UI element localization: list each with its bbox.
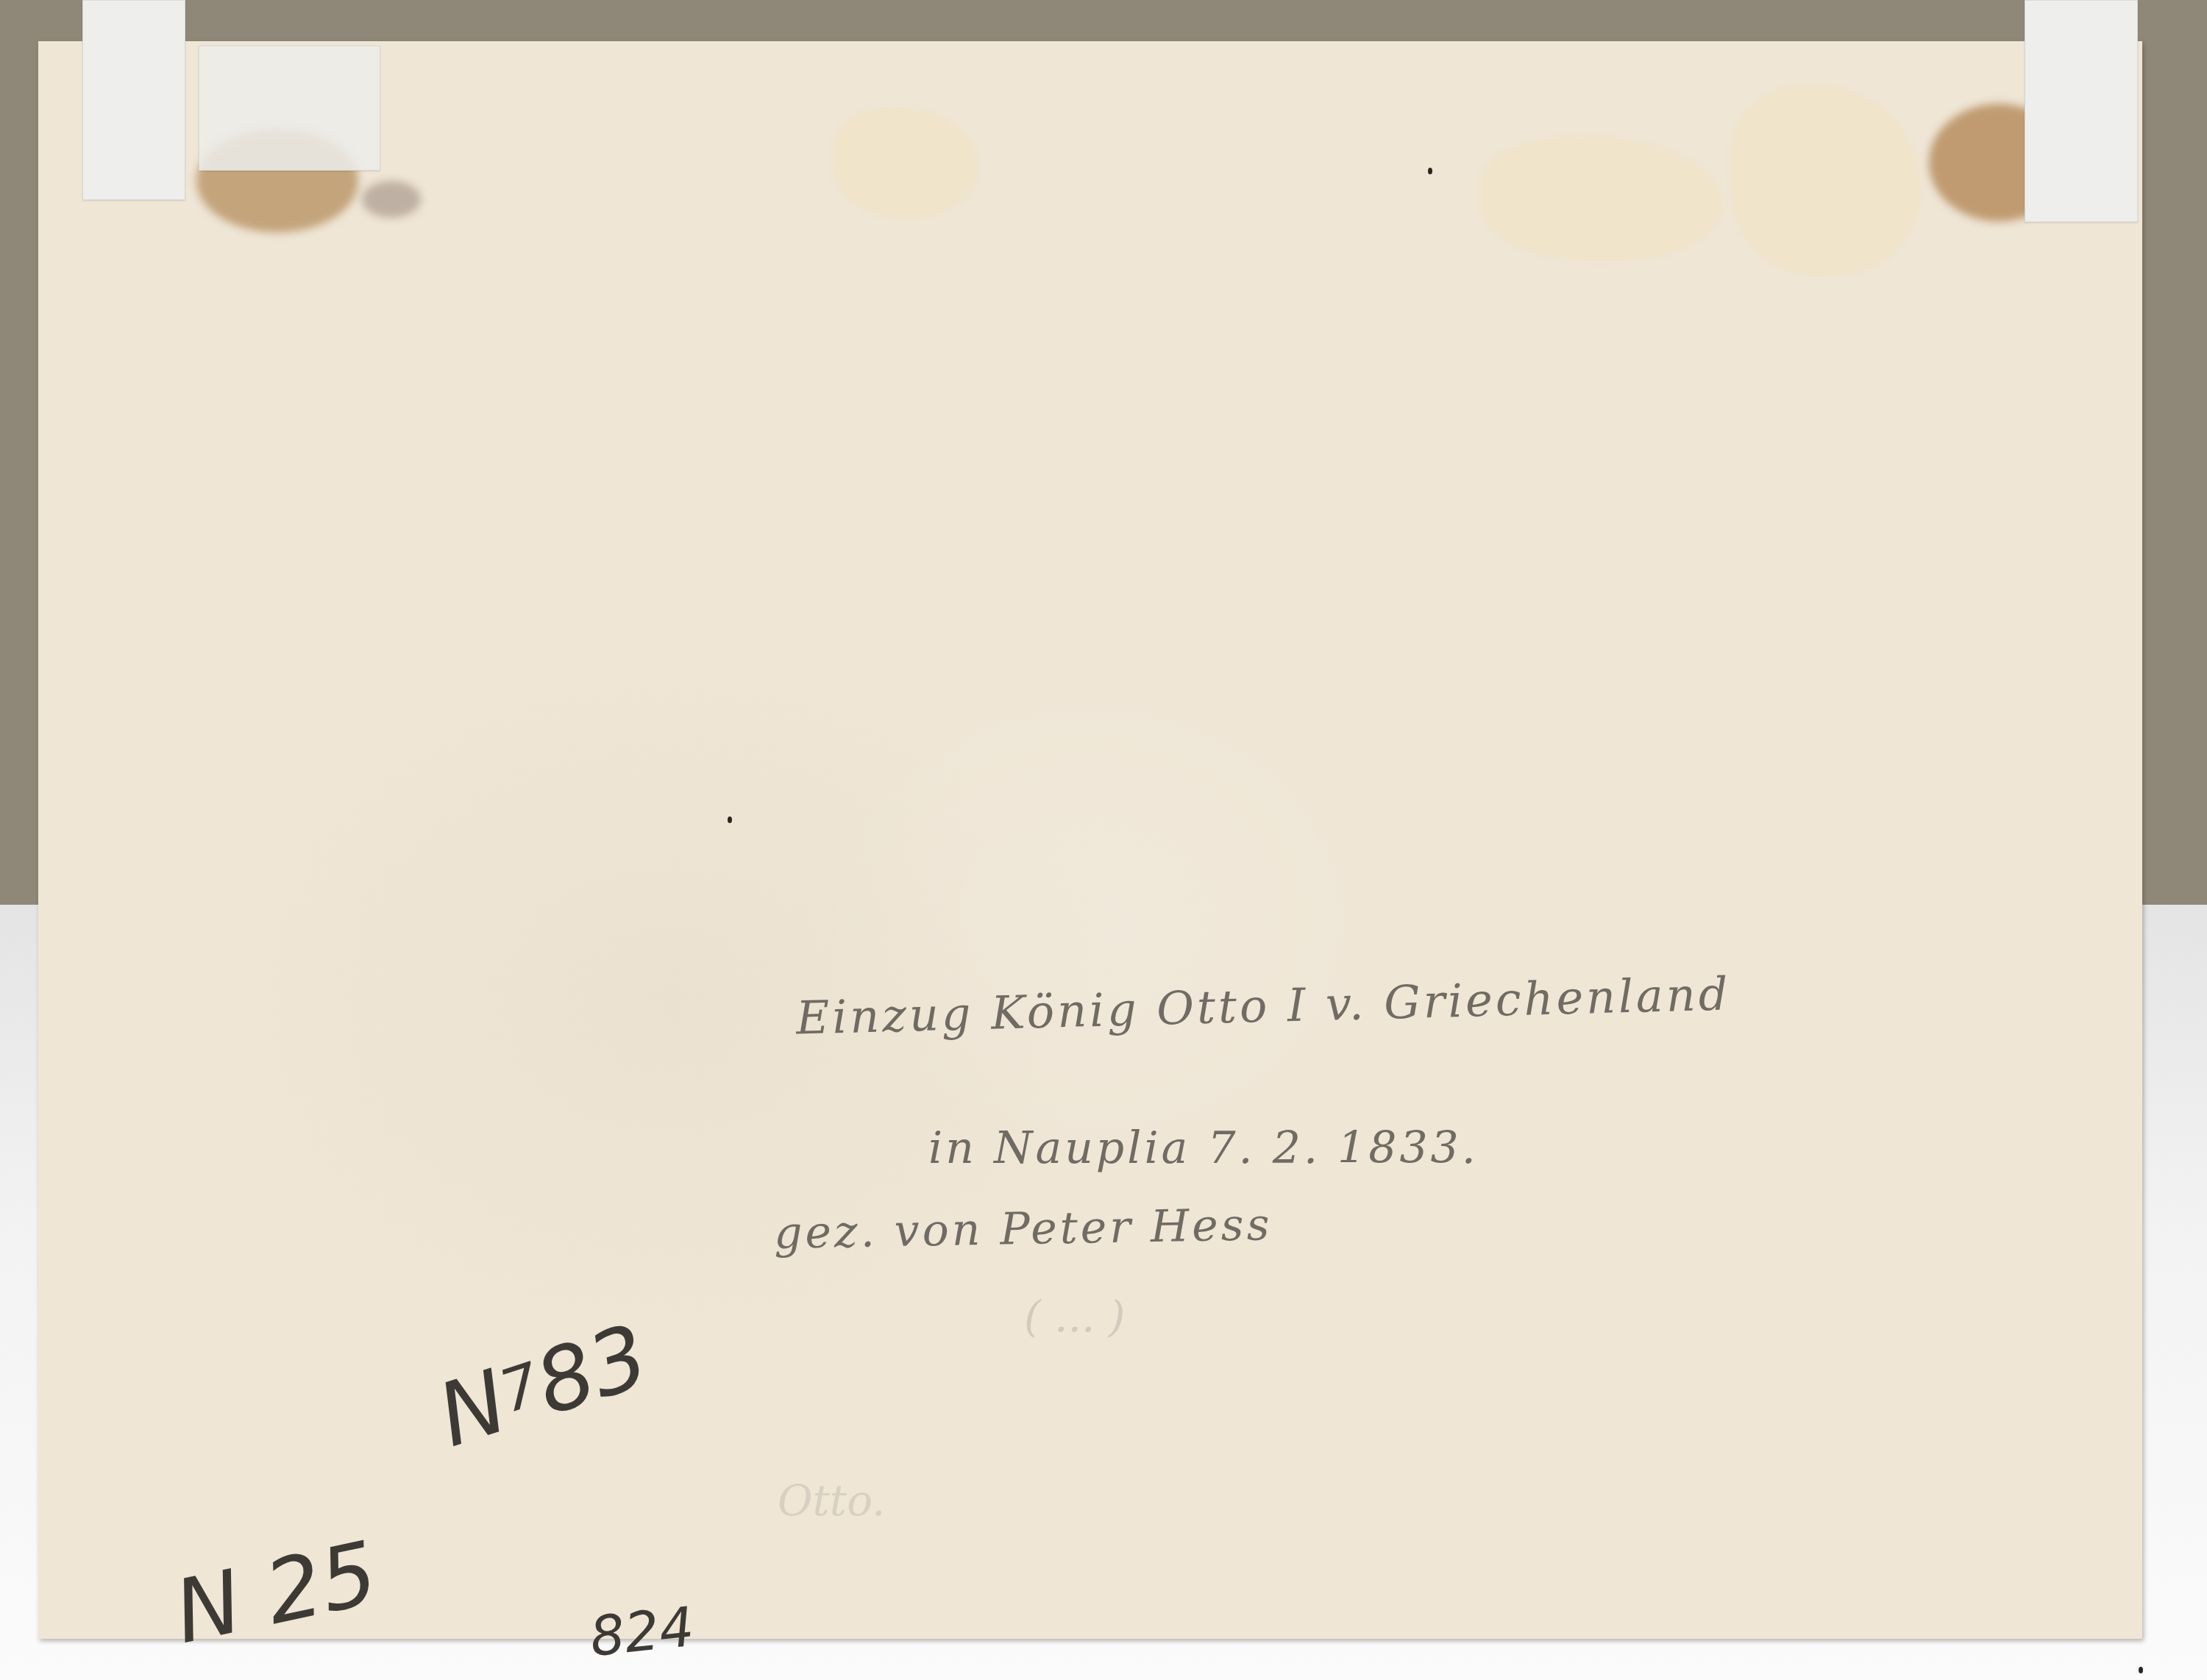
ink-dot <box>728 816 732 823</box>
hinge-tape-top-right <box>2025 0 2138 222</box>
ink-dot <box>2139 1667 2143 1673</box>
paper-texture <box>38 41 2142 1639</box>
hinge-tape-top-left-horizontal <box>199 46 380 171</box>
ink-dot <box>1428 168 1432 174</box>
inscription-line-place-date: in Nauplia 7. 2. 1833. <box>928 1122 1479 1174</box>
number-label-824: 824 <box>587 1595 697 1669</box>
stain-top-left-small <box>362 181 421 218</box>
inscription-line-artist: gez. von Peter Hess <box>773 1199 1273 1259</box>
paper-sheet: Einzug König Otto I v. Griechenland in N… <box>38 41 2142 1639</box>
erased-bracketed-note: ( ... ) <box>1024 1292 1125 1342</box>
erased-name-note: Otto. <box>778 1476 886 1526</box>
hinge-tape-top-left <box>82 0 185 200</box>
